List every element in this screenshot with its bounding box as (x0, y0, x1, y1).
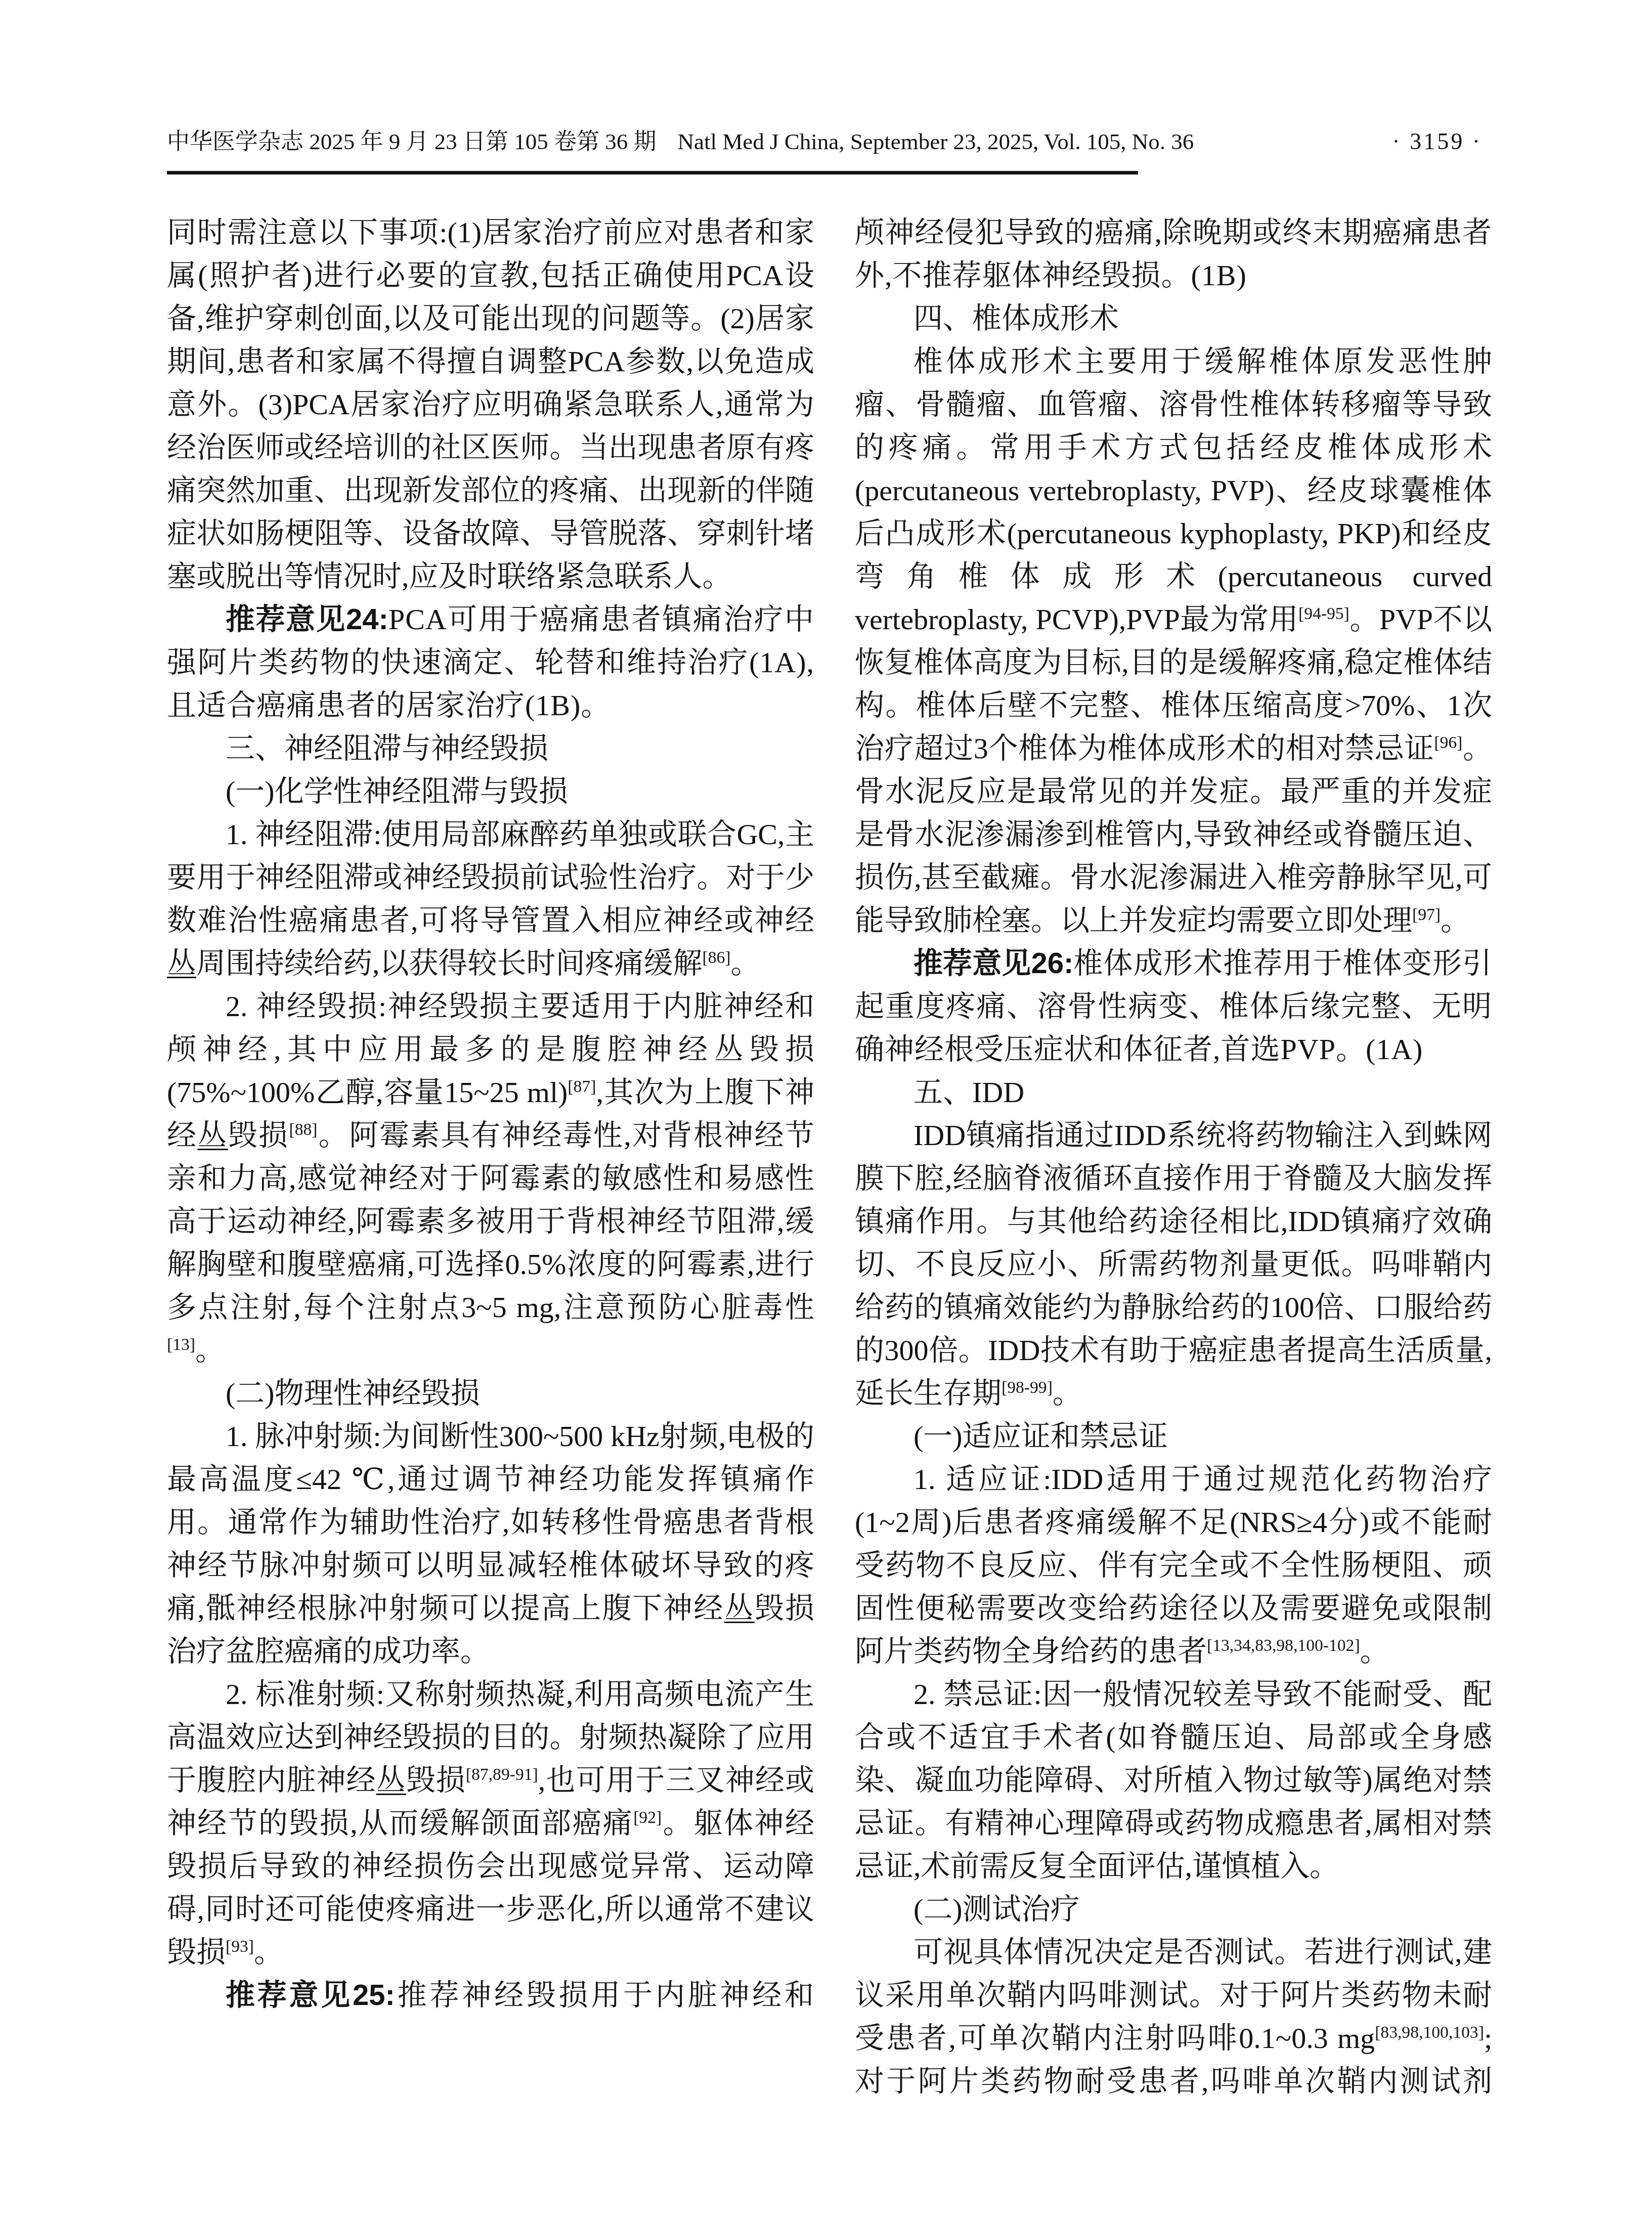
text-run: (一)适应证和禁忌证 (914, 1420, 1168, 1453)
subsection-heading: (一)适应证和禁忌证 (855, 1415, 1492, 1458)
section-heading: 三、神经阻滞与神经毁损 (167, 727, 814, 770)
recommendation-label: 推荐意见24: (226, 603, 388, 636)
body-paragraph: 1. 适应证:IDD适用于通过规范化药物治疗(1~2周)后患者疼痛缓解不足(NR… (855, 1458, 1492, 1673)
text-run: 丛 (197, 1119, 228, 1152)
journal-title-chinese: 中华医学杂志 2025 年 9 月 23 日第 105 卷第 36 期 (167, 129, 657, 154)
paragraph-continuation: 同时需注意以下事项:(1)居家治疗前应对患者和家属(照护者)进行必要的宣教,包括… (167, 211, 814, 598)
recommendation: 推荐意见26:椎体成形术推荐用于椎体变形引起重度疼痛、溶骨性病变、椎体后缘完整、… (855, 942, 1492, 1071)
reference-superscript: [96] (1434, 733, 1462, 752)
body-paragraph: 2. 神经毁损:神经毁损主要适用于内脏神经和颅神经,其中应用最多的是腹腔神经丛毁… (167, 985, 814, 1372)
reference-superscript: [13] (167, 1335, 195, 1354)
text-run: 丛 (724, 1592, 754, 1625)
text-run: 丛 (167, 947, 196, 980)
text-run: 2. 禁忌证:因一般情况较差导致不能耐受、配合或不适宜手术者(如脊髓压迫、局部或… (855, 1678, 1492, 1883)
text-columns: 同时需注意以下事项:(1)居家治疗前应对患者和家属(照护者)进行必要的宣教,包括… (167, 211, 1492, 2103)
journal-title-english: Natl Med J China, September 23, 2025, Vo… (678, 129, 1194, 154)
text-run: 推荐神经毁损用于内脏神经和 (395, 1979, 814, 2012)
recommendation-label: 推荐意见25: (226, 1979, 395, 2012)
journal-citation: 中华医学杂志 2025 年 9 月 23 日第 105 卷第 36 期Natl … (167, 127, 1194, 156)
text-run: IDD镇痛指通过IDD系统将药物输注入到蛛网膜下腔,经脑脊液循环直接作用于脊髓及… (855, 1119, 1492, 1410)
text-run: (一)化学性神经阻滞与毁损 (226, 775, 568, 808)
left-column: 同时需注意以下事项:(1)居家治疗前应对患者和家属(照护者)进行必要的宣教,包括… (167, 211, 814, 2103)
header-rule (167, 171, 1138, 174)
recommendation-label: 推荐意见26: (914, 947, 1073, 980)
reference-superscript: [13,34,83,98,100-102] (1207, 1636, 1360, 1655)
text-run: 。 (731, 947, 760, 980)
text-run: 1. 神经阻滞:使用局部麻醉药单独或联合GC,主要用于神经阻滞或神经毁损前试验性… (167, 818, 814, 937)
text-run: 。 (1360, 1635, 1389, 1668)
text-run: 1. 适应证:IDD适用于通过规范化药物治疗(1~2周)后患者疼痛缓解不足(NR… (855, 1463, 1492, 1668)
text-run: 1. 脉冲射频:为间断性300~500 kHz射频,电极的最高温度≤42 ℃,通… (167, 1420, 814, 1625)
body-paragraph: 可视具体情况决定是否测试。若进行测试,建议采用单次鞘内吗啡测试。对于阿片类药物未… (855, 1931, 1492, 2103)
journal-page: 中华医学杂志 2025 年 9 月 23 日第 105 卷第 36 期Natl … (0, 0, 1652, 2225)
right-column: 颅神经侵犯导致的癌痛,除晚期或终末期癌痛患者外,不推荐躯体神经毁损。(1B)四、… (855, 211, 1492, 2103)
reference-superscript: [93] (226, 1937, 254, 1956)
subsection-heading: (二)测试治疗 (855, 1888, 1492, 1931)
body-paragraph: IDD镇痛指通过IDD系统将药物输注入到蛛网膜下腔,经脑脊液循环直接作用于脊髓及… (855, 1114, 1492, 1415)
text-run: 同时需注意以下事项:(1)居家治疗前应对患者和家属(照护者)进行必要的宣教,包括… (167, 216, 814, 593)
text-run: 毁损 (406, 1764, 466, 1797)
text-run: (二)物理性神经毁损 (226, 1377, 480, 1410)
text-run: 。 (1441, 904, 1470, 937)
recommendation: 推荐意见24:PCA可用于癌痛患者镇痛治疗中强阿片类药物的快速滴定、轮替和维持治… (167, 598, 814, 727)
recommendation-continuation: 颅神经侵犯导致的癌痛,除晚期或终末期癌痛患者外,不推荐躯体神经毁损。(1B) (855, 211, 1492, 297)
text-run: 。 (254, 1936, 283, 1969)
section-heading: 五、IDD (855, 1071, 1492, 1114)
reference-superscript: [86] (703, 948, 731, 967)
text-run: (二)测试治疗 (914, 1893, 1080, 1926)
page-number: · 3159 · (1392, 127, 1482, 156)
subsection-heading: (一)化学性神经阻滞与毁损 (167, 770, 814, 813)
text-run: 。 (195, 1334, 225, 1367)
reference-superscript: [88] (289, 1120, 317, 1139)
reference-superscript: [94-95] (1298, 604, 1350, 623)
body-paragraph: 2. 标准射频:又称射频热凝,利用高频电流产生高温效应达到神经毁损的目的。射频热… (167, 1673, 814, 1974)
reference-superscript: [83,98,100,103] (1375, 2023, 1484, 2042)
reference-superscript: [87,89-91] (466, 1765, 538, 1784)
body-paragraph: 1. 神经阻滞:使用局部麻醉药单独或联合GC,主要用于神经阻滞或神经毁损前试验性… (167, 813, 814, 985)
section-heading: 四、椎体成形术 (855, 297, 1492, 340)
text-run: 周围持续给药,以获得较长时间疼痛缓解 (196, 947, 703, 980)
recommendation: 推荐意见25:推荐神经毁损用于内脏神经和 (167, 1974, 814, 2017)
body-paragraph: 2. 禁忌证:因一般情况较差导致不能耐受、配合或不适宜手术者(如脊髓压迫、局部或… (855, 1673, 1492, 1888)
page-header: 中华医学杂志 2025 年 9 月 23 日第 105 卷第 36 期Natl … (0, 0, 1652, 156)
text-run: 。 (1053, 1377, 1082, 1410)
body-paragraph: 1. 脉冲射频:为间断性300~500 kHz射频,电极的最高温度≤42 ℃,通… (167, 1415, 814, 1673)
reference-superscript: [98-99] (1002, 1378, 1053, 1397)
text-run: 四、椎体成形术 (914, 302, 1119, 335)
text-run: 毁损 (228, 1119, 289, 1152)
body-paragraph: 椎体成形术主要用于缓解椎体原发恶性肿瘤、骨髓瘤、血管瘤、溶骨性椎体转移瘤等导致的… (855, 340, 1492, 942)
text-run: 五、IDD (914, 1076, 1024, 1109)
text-run: 丛 (376, 1764, 406, 1797)
reference-superscript: [87] (568, 1077, 596, 1096)
text-run: 三、神经阻滞与神经毁损 (226, 732, 548, 765)
subsection-heading: (二)物理性神经毁损 (167, 1372, 814, 1415)
reference-superscript: [92] (633, 1808, 662, 1827)
text-run: 颅神经侵犯导致的癌痛,除晚期或终末期癌痛患者外,不推荐躯体神经毁损。(1B) (855, 216, 1492, 292)
reference-superscript: [97] (1412, 905, 1441, 924)
text-run: 椎体成形术主要用于缓解椎体原发恶性肿瘤、骨髓瘤、血管瘤、溶骨性椎体转移瘤等导致的… (855, 345, 1492, 636)
